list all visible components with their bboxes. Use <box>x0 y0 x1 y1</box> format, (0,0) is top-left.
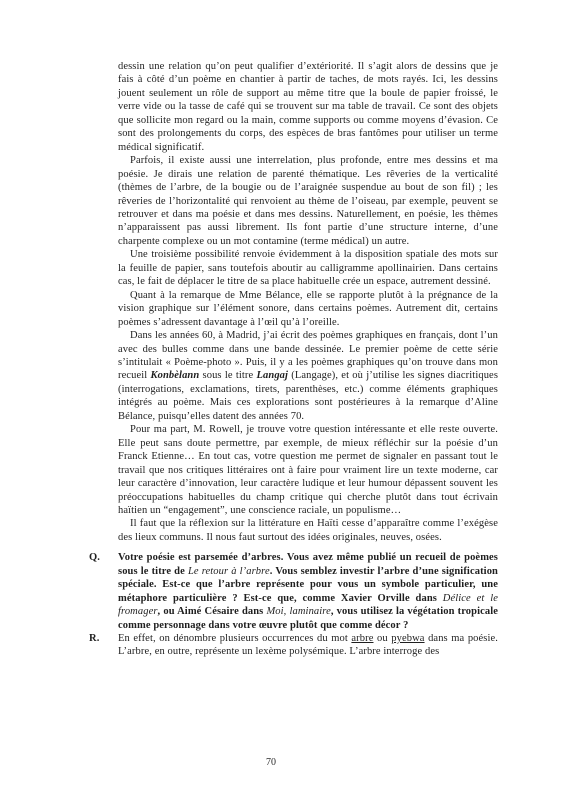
text-column: dessin une relation qu’on peut qualifier… <box>118 60 498 659</box>
paragraph: Pour ma part, M. Rowell, je trouve votre… <box>118 423 498 517</box>
question-label: Q. <box>89 551 100 564</box>
book-title: Moi, laminaire <box>266 606 330 617</box>
book-title: Langaj <box>257 370 289 381</box>
underlined-word: pyebwa <box>391 633 424 644</box>
book-title: Le retour à l’arbre <box>188 566 270 577</box>
page-number: 70 <box>253 756 289 769</box>
text-segment: sous le titre <box>199 370 256 381</box>
text-segment: ou <box>373 633 391 644</box>
text-segment: En effet, on dénombre plusieurs occurren… <box>118 633 351 644</box>
paragraph: Quant à la remarque de Mme Bélance, elle… <box>118 289 498 329</box>
book-title: Konbèlann <box>151 370 200 381</box>
paragraph: Une troisième possibilité renvoie évidem… <box>118 248 498 288</box>
answer-block: R.En effet, on dénombre plusieurs occurr… <box>118 632 498 659</box>
paragraph: Il faut que la réflexion sur la littérat… <box>118 517 498 544</box>
paragraph: Parfois, il existe aussi une interrelati… <box>118 154 498 248</box>
underlined-word: arbre <box>351 633 373 644</box>
document-page: dessin une relation qu’on peut qualifier… <box>0 0 566 800</box>
question-block: Q.Votre poésie est parsemée d’arbres. Vo… <box>118 551 498 632</box>
answer-label: R. <box>89 632 99 645</box>
paragraph-continuation: dessin une relation qu’on peut qualifier… <box>118 60 498 154</box>
text-segment: , ou Aimé Césaire dans <box>158 606 267 617</box>
paragraph: Dans les années 60, à Madrid, j’ai écrit… <box>118 329 498 423</box>
